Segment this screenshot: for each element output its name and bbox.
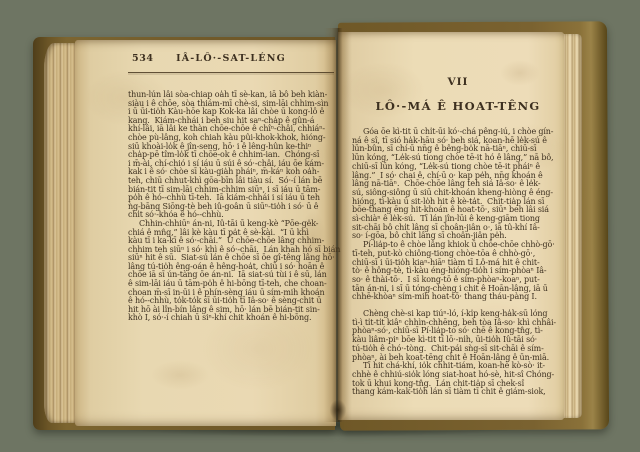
photo-of-open-book: 534 IÂ-LÔ·-SAT-LÉNG thun-lún lâi sòa-chi… [0, 0, 640, 452]
paragraph: Tī hit chá-khí, io̍k chhit-tiám, koan-hē… [352, 362, 564, 397]
right-page-text-column: VII LÔ·-MÁ Ê HOAT-TÊNG Góa ōe kì-tit ū c… [352, 76, 564, 397]
paragraph: Góa ōe kì-tit ū chi̍t-ūi kó·-chá pêng-iú… [352, 128, 564, 241]
header-rule [128, 72, 334, 73]
paragraph: thun-lún lâi sòa-chiap oa̍h tī sè-kan, i… [128, 91, 334, 220]
text-line: khò I, só·-í chiah ū siⁿ-khí chit khoán … [128, 314, 334, 323]
page-edges-right-stack [562, 34, 582, 418]
paragraph: Chèng chè-si kap tiúⁿ-ló, í-ki̍p keng-ha… [352, 310, 564, 362]
chapter-number: VII [352, 76, 564, 88]
text-line: thang kám-kak-tio̍h lán sī tiàm tī chit … [352, 388, 564, 397]
left-page-body-text: thun-lún lâi sòa-chiap oa̍h tī sè-kan, i… [128, 91, 334, 323]
left-page-text-column: 534 IÂ-LÔ·-SAT-LÉNG thun-lún lâi sòa-chi… [128, 53, 334, 323]
paragraph: Chhin-chhiūⁿ án-ni, Iû-tāi ū keng-kè “Pō… [128, 220, 334, 323]
paragraph: Pí-lia̍p-to ê chòe lâng khiok ū chōe-chō… [352, 241, 564, 302]
right-page-body-text: Góa ōe kì-tit ū chi̍t-ūi kó·-chá pêng-iú… [352, 128, 564, 397]
left-page-header: 534 IÂ-LÔ·-SAT-LÉNG [128, 53, 334, 66]
chapter-title: LÔ·-MÁ Ê HOAT-TÊNG [352, 100, 564, 113]
text-line: chhē-khòaⁿ sím-mih hoat-tō· thang tháu-p… [352, 293, 564, 302]
running-header: IÂ-LÔ·-SAT-LÉNG [128, 53, 334, 64]
